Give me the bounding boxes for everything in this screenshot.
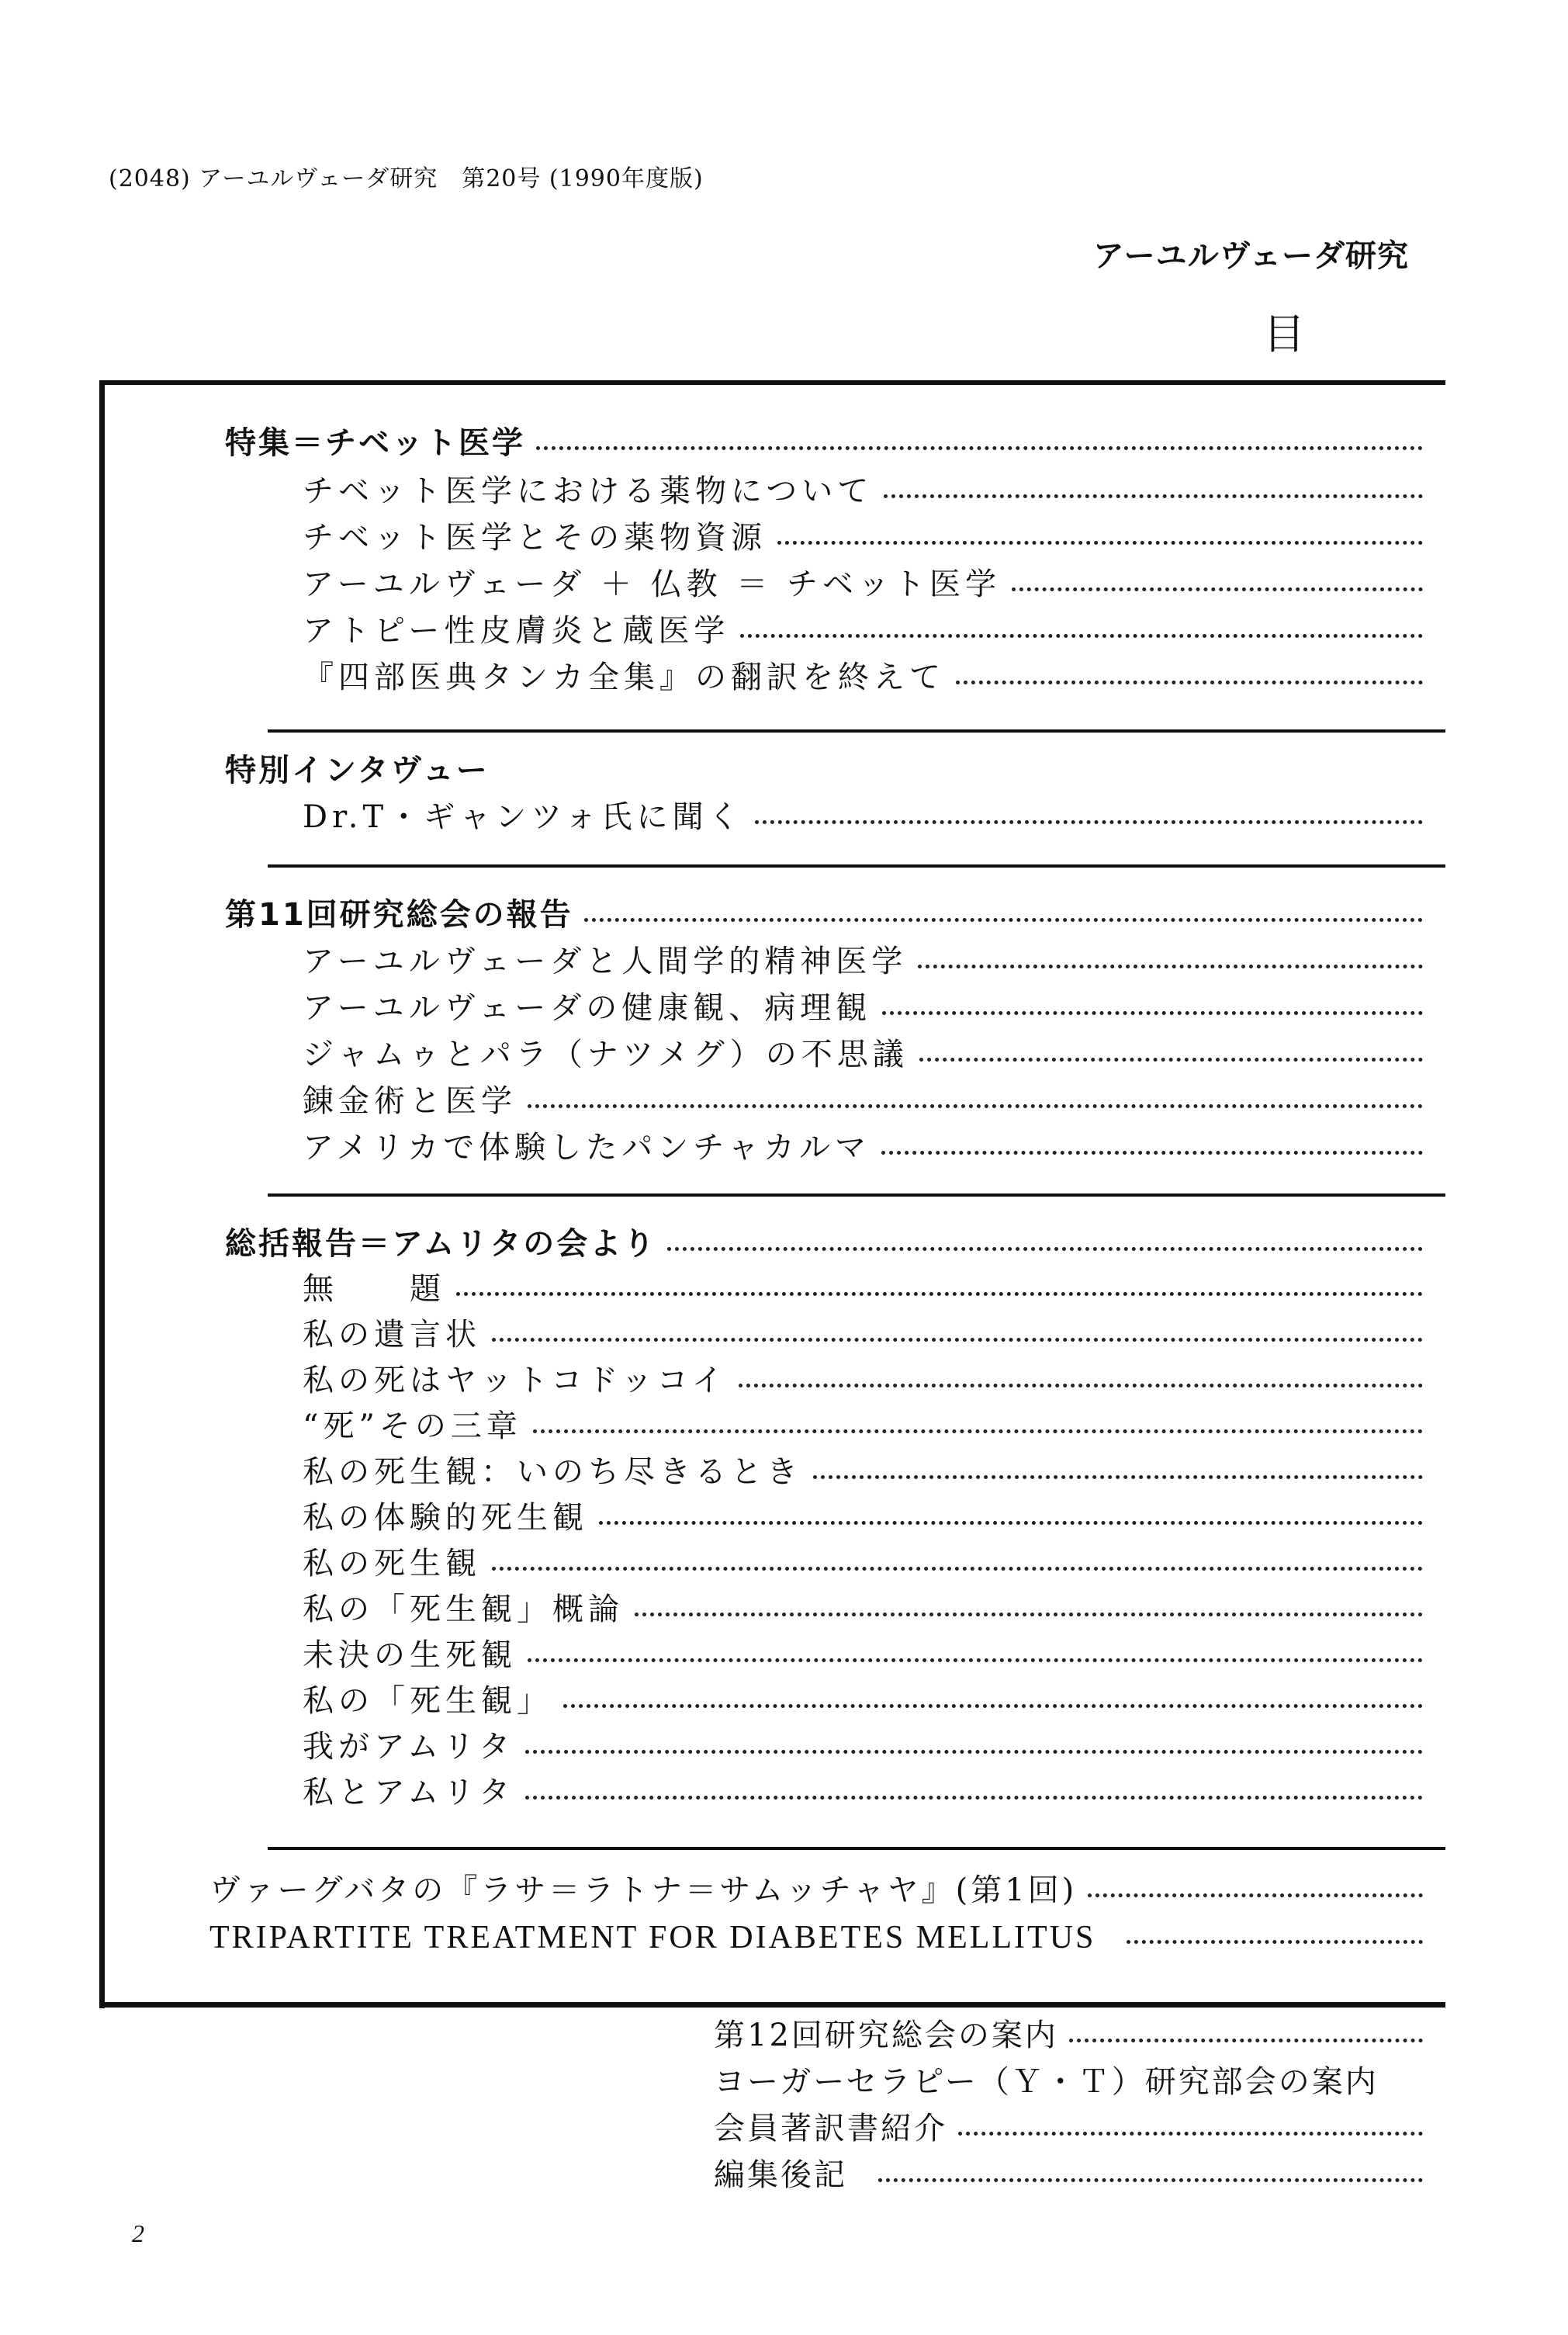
- toc-heading: 目: [1263, 301, 1305, 361]
- section-divider: [268, 729, 1445, 733]
- toc-entry[interactable]: 私の死はヤットコドッコイ: [303, 1356, 1428, 1400]
- toc-entry[interactable]: アーユルヴェーダの健康観、病理観: [303, 984, 1428, 1027]
- leader-dots: [1069, 2039, 1423, 2042]
- journal-title: アーユルヴェーダ研究: [1093, 231, 1409, 275]
- toc-entry[interactable]: 錬金術と医学: [303, 1077, 1428, 1121]
- leader-dots: [882, 1011, 1423, 1015]
- leader-dots: [525, 1750, 1423, 1754]
- toc-entry-yoga-therapy[interactable]: ヨーガーセラピー（Ｙ・Ｔ）研究部会の案内: [714, 2058, 1428, 2101]
- entry-title: アトピー性皮膚炎と蔵医学: [303, 606, 729, 650]
- leader-dots: [492, 1338, 1423, 1342]
- toc-entry[interactable]: “死”その三章: [303, 1402, 1428, 1446]
- leader-dots: [881, 1151, 1423, 1155]
- leader-dots: [492, 1567, 1423, 1571]
- section-divider: [268, 864, 1445, 868]
- leader-dots: [635, 1613, 1423, 1616]
- toc-entry-editors-note[interactable]: 編集後記: [714, 2151, 1428, 2195]
- toc-entry[interactable]: 私の「死生観」: [303, 1677, 1428, 1720]
- leader-dots: [739, 1384, 1423, 1387]
- toc-entry[interactable]: 私とアムリタ: [303, 1769, 1428, 1812]
- leader-dots: [1088, 1893, 1423, 1897]
- entry-title: 私の死生観：いのち尽きるとき: [303, 1447, 802, 1491]
- entry-title: チベット医学における薬物について: [303, 466, 873, 511]
- entry-title: ヴァーグバタの『ラサ＝ラトナ＝サムッチャヤ』(第1回): [209, 1866, 1077, 1910]
- section-title: 特集＝チベット医学: [225, 418, 525, 462]
- leader-dots: [1127, 1940, 1423, 1944]
- leader-dots: [584, 918, 1423, 922]
- leader-dots: [599, 1521, 1423, 1525]
- leader-dots: [918, 965, 1423, 968]
- toc-box-bottom-border: [99, 2002, 1445, 2008]
- section-title: 第11回研究総会の報告: [225, 890, 573, 934]
- toc-entry[interactable]: Dr.T・ギャンツォ氏に聞く: [303, 793, 1428, 837]
- entry-title: 私の死はヤットコドッコイ: [303, 1356, 728, 1400]
- entry-title: 『四部医典タンカ全集』の翻訳を終えて: [303, 653, 945, 697]
- leader-dots: [528, 1104, 1423, 1108]
- toc-box-top-border: [99, 380, 1445, 385]
- entry-title: 編集後記: [714, 2150, 847, 2195]
- leader-dots: [1012, 587, 1423, 591]
- leader-dots: [563, 1704, 1423, 1708]
- entry-title: TRIPARTITE TREATMENT FOR DIABETES MELLIT…: [209, 1919, 1096, 1956]
- leader-dots: [878, 2178, 1423, 2182]
- entry-title: 私の死生観: [303, 1539, 481, 1583]
- leader-dots: [755, 820, 1423, 824]
- entry-title: ヨーガーセラピー（Ｙ・Ｔ）研究部会の案内: [714, 2057, 1379, 2101]
- toc-entry[interactable]: 『四部医典タンカ全集』の翻訳を終えて: [303, 653, 1428, 697]
- toc-entry-12th-meeting[interactable]: 第12回研究総会の案内: [714, 2011, 1428, 2055]
- leader-dots: [884, 494, 1423, 498]
- leader-dots: [740, 634, 1423, 638]
- leader-dots: [956, 681, 1423, 684]
- entry-title: “死”その三章: [303, 1401, 522, 1446]
- toc-entry-tripartite[interactable]: TRIPARTITE TREATMENT FOR DIABETES MELLIT…: [209, 1913, 1428, 1956]
- leader-dots: [536, 446, 1423, 450]
- entry-title: ジャムゥとパラ（ナツメグ）の不思議: [303, 1030, 909, 1074]
- leader-dots: [456, 1292, 1423, 1296]
- leader-dots: [533, 1429, 1423, 1433]
- entry-title: アーユルヴェーダ ＋ 仏教 ＝ チベット医学: [303, 559, 1001, 604]
- entry-title: 私の「死生観」概論: [303, 1585, 624, 1629]
- leader-dots: [525, 1796, 1423, 1800]
- running-head: (2048) アーユルヴェーダ研究 第20号 (1990年度版): [109, 159, 704, 193]
- entry-title: 我がアムリタ: [303, 1722, 514, 1766]
- entry-title: アーユルヴェーダと人間学的精神医学: [303, 937, 907, 981]
- toc-entry[interactable]: 私の死生観：いのち尽きるとき: [303, 1448, 1428, 1491]
- entry-title: 私の体験的死生観: [303, 1493, 588, 1537]
- section-title: 総括報告＝アムリタの会より: [225, 1219, 656, 1263]
- entry-title: 会員著訳書紹介: [714, 2104, 947, 2148]
- leader-dots: [667, 1247, 1423, 1251]
- toc-entry[interactable]: チベット医学における薬物について: [303, 467, 1428, 511]
- entry-title: 私とアムリタ: [303, 1768, 514, 1812]
- toc-entry[interactable]: 私の「死生観」概論: [303, 1585, 1428, 1629]
- page-number: 2: [132, 2219, 144, 2248]
- leader-dots: [919, 1058, 1423, 1062]
- leader-dots: [813, 1475, 1423, 1479]
- section-divider: [268, 1847, 1445, 1850]
- toc-entry[interactable]: アメリカで体験したパンチャカルマ: [303, 1124, 1428, 1167]
- toc-entry[interactable]: 私の体験的死生観: [303, 1494, 1428, 1537]
- entry-title: 私の遺言状: [303, 1310, 481, 1354]
- section-heading-amrita-society[interactable]: 総括報告＝アムリタの会より: [225, 1220, 1428, 1263]
- entry-title: 未決の生死観: [303, 1630, 517, 1675]
- toc-entry[interactable]: 私の死生観: [303, 1540, 1428, 1583]
- section-heading-special-interview[interactable]: 特別インタヴュー: [225, 747, 1428, 790]
- toc-entry-rasa-ratna[interactable]: ヴァーグバタの『ラサ＝ラトナ＝サムッチャヤ』(第1回): [209, 1866, 1428, 1910]
- entry-title: 無 題: [303, 1264, 445, 1308]
- toc-entry[interactable]: アーユルヴェーダ ＋ 仏教 ＝ チベット医学: [303, 560, 1428, 604]
- section-heading-tibetan-medicine[interactable]: 特集＝チベット医学: [225, 419, 1428, 462]
- section-title: 特別インタヴュー: [225, 746, 490, 790]
- section-divider: [268, 1193, 1445, 1197]
- toc-entry[interactable]: 我がアムリタ: [303, 1723, 1428, 1766]
- toc-entry-member-books[interactable]: 会員著訳書紹介: [714, 2105, 1428, 2148]
- leader-dots: [528, 1658, 1423, 1662]
- section-heading-11th-general-meeting[interactable]: 第11回研究総会の報告: [225, 891, 1428, 934]
- toc-entry[interactable]: 私の遺言状: [303, 1311, 1428, 1354]
- entry-title: アメリカで体験したパンチャカルマ: [303, 1123, 871, 1167]
- toc-entry[interactable]: チベット医学とその薬物資源: [303, 514, 1428, 557]
- toc-entry[interactable]: 無 題: [303, 1265, 1428, 1308]
- entry-title: 第12回研究総会の案内: [714, 2011, 1058, 2055]
- leader-dots: [958, 2132, 1423, 2136]
- leader-dots: [777, 541, 1423, 545]
- entry-title: Dr.T・ギャンツォ氏に聞く: [303, 792, 744, 837]
- toc-entry[interactable]: 未決の生死観: [303, 1631, 1428, 1675]
- entry-title: 錬金術と医学: [303, 1076, 517, 1121]
- toc-entry[interactable]: アーユルヴェーダと人間学的精神医学: [303, 937, 1428, 981]
- toc-entry[interactable]: ジャムゥとパラ（ナツメグ）の不思議: [303, 1031, 1428, 1074]
- toc-box-left-border: [99, 380, 105, 2008]
- entry-title: チベット医学とその薬物資源: [303, 513, 767, 557]
- entry-title: アーユルヴェーダの健康観、病理観: [303, 983, 871, 1027]
- entry-title: 私の「死生観」: [303, 1676, 552, 1720]
- toc-entry[interactable]: アトピー性皮膚炎と蔵医学: [303, 607, 1428, 650]
